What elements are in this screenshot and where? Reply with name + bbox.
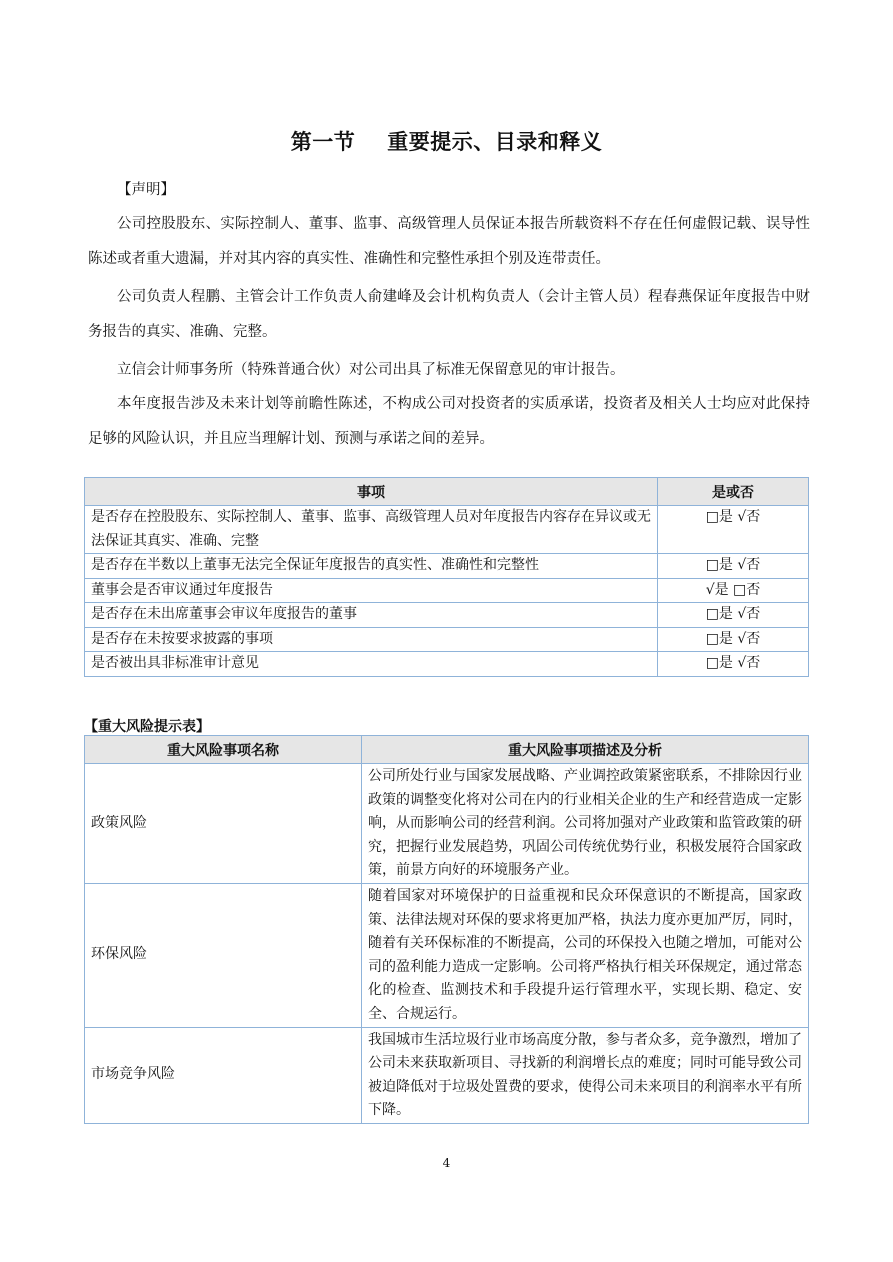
confirmation-table-header: 事项 是或否: [85, 478, 809, 506]
risk-table-heading: 【重大风险提示表】: [84, 716, 210, 736]
table-row: 政策风险 公司所处行业与国家发展战略、产业调控政策紧密联系，不排除因行业政策的调…: [85, 764, 809, 884]
risk-table: 重大风险事项名称 重大风险事项描述及分析 政策风险 公司所处行业与国家发展战略、…: [84, 735, 809, 1124]
row-answer: □是 √否: [658, 603, 809, 628]
header-answer: 是或否: [658, 478, 809, 506]
row-item: 董事会是否审议通过年度报告: [85, 578, 658, 603]
row-item: 是否被出具非标准审计意见: [85, 652, 658, 677]
row-item: 是否存在半数以上董事无法完全保证年度报告的真实性、准确性和完整性: [85, 554, 658, 579]
section-title: 重要提示、目录和释义: [387, 130, 602, 154]
header-risk-name: 重大风险事项名称: [85, 736, 362, 764]
declaration-paragraph-2: 公司负责人程鹏、主管会计工作负责人俞建峰及会计机构负责人（会计主管人员）程春燕保…: [88, 280, 810, 350]
row-item: 是否存在未出席董事会审议年度报告的董事: [85, 603, 658, 628]
risk-name: 市场竞争风险: [85, 1027, 362, 1123]
table-row: 董事会是否审议通过年度报告 √是 □否: [85, 578, 809, 603]
row-answer: □是 √否: [658, 652, 809, 677]
declaration-heading: 【声明】: [117, 178, 175, 199]
table-row: 市场竞争风险 我国城市生活垃圾行业市场高度分散，参与者众多，竞争激烈，增加了公司…: [85, 1027, 809, 1123]
confirmation-table: 事项 是或否 是否存在控股股东、实际控制人、董事、监事、高级管理人员对年度报告内…: [84, 477, 809, 677]
section-number: 第一节: [291, 130, 356, 154]
risk-name: 环保风险: [85, 883, 362, 1027]
declaration-paragraph-1: 公司控股股东、实际控制人、董事、监事、高级管理人员保证本报告所载资料不存在任何虚…: [88, 207, 810, 277]
risk-table-header: 重大风险事项名称 重大风险事项描述及分析: [85, 736, 809, 764]
row-item: 是否存在未按要求披露的事项: [85, 627, 658, 652]
header-item: 事项: [85, 478, 658, 506]
risk-description: 我国城市生活垃圾行业市场高度分散，参与者众多，竞争激烈，增加了公司未来获取新项目…: [362, 1027, 809, 1123]
row-answer: □是 √否: [658, 627, 809, 652]
table-row: 是否存在未按要求披露的事项 □是 √否: [85, 627, 809, 652]
row-answer: □是 √否: [658, 506, 809, 554]
row-answer: √是 □否: [658, 578, 809, 603]
table-row: 是否被出具非标准审计意见 □是 √否: [85, 652, 809, 677]
declaration-paragraph-4: 本年度报告涉及未来计划等前瞻性陈述，不构成公司对投资者的实质承诺，投资者及相关人…: [88, 387, 810, 457]
declaration-paragraph-3: 立信会计师事务所（特殊普通合伙）对公司出具了标准无保留意见的审计报告。: [88, 353, 810, 388]
risk-description: 随着国家对环境保护的日益重视和民众环保意识的不断提高，国家政策、法律法规对环保的…: [362, 883, 809, 1027]
table-row: 是否存在未出席董事会审议年度报告的董事 □是 √否: [85, 603, 809, 628]
page-title: 第一节重要提示、目录和释义: [0, 126, 893, 156]
row-answer: □是 √否: [658, 554, 809, 579]
table-row: 是否存在半数以上董事无法完全保证年度报告的真实性、准确性和完整性 □是 √否: [85, 554, 809, 579]
table-row: 环保风险 随着国家对环境保护的日益重视和民众环保意识的不断提高，国家政策、法律法…: [85, 883, 809, 1027]
row-item: 是否存在控股股东、实际控制人、董事、监事、高级管理人员对年度报告内容存在异议或无…: [85, 506, 658, 554]
risk-description: 公司所处行业与国家发展战略、产业调控政策紧密联系，不排除因行业政策的调整变化将对…: [362, 764, 809, 884]
risk-name: 政策风险: [85, 764, 362, 884]
table-row: 是否存在控股股东、实际控制人、董事、监事、高级管理人员对年度报告内容存在异议或无…: [85, 506, 809, 554]
header-risk-description: 重大风险事项描述及分析: [362, 736, 809, 764]
page-number: 4: [0, 1156, 893, 1170]
